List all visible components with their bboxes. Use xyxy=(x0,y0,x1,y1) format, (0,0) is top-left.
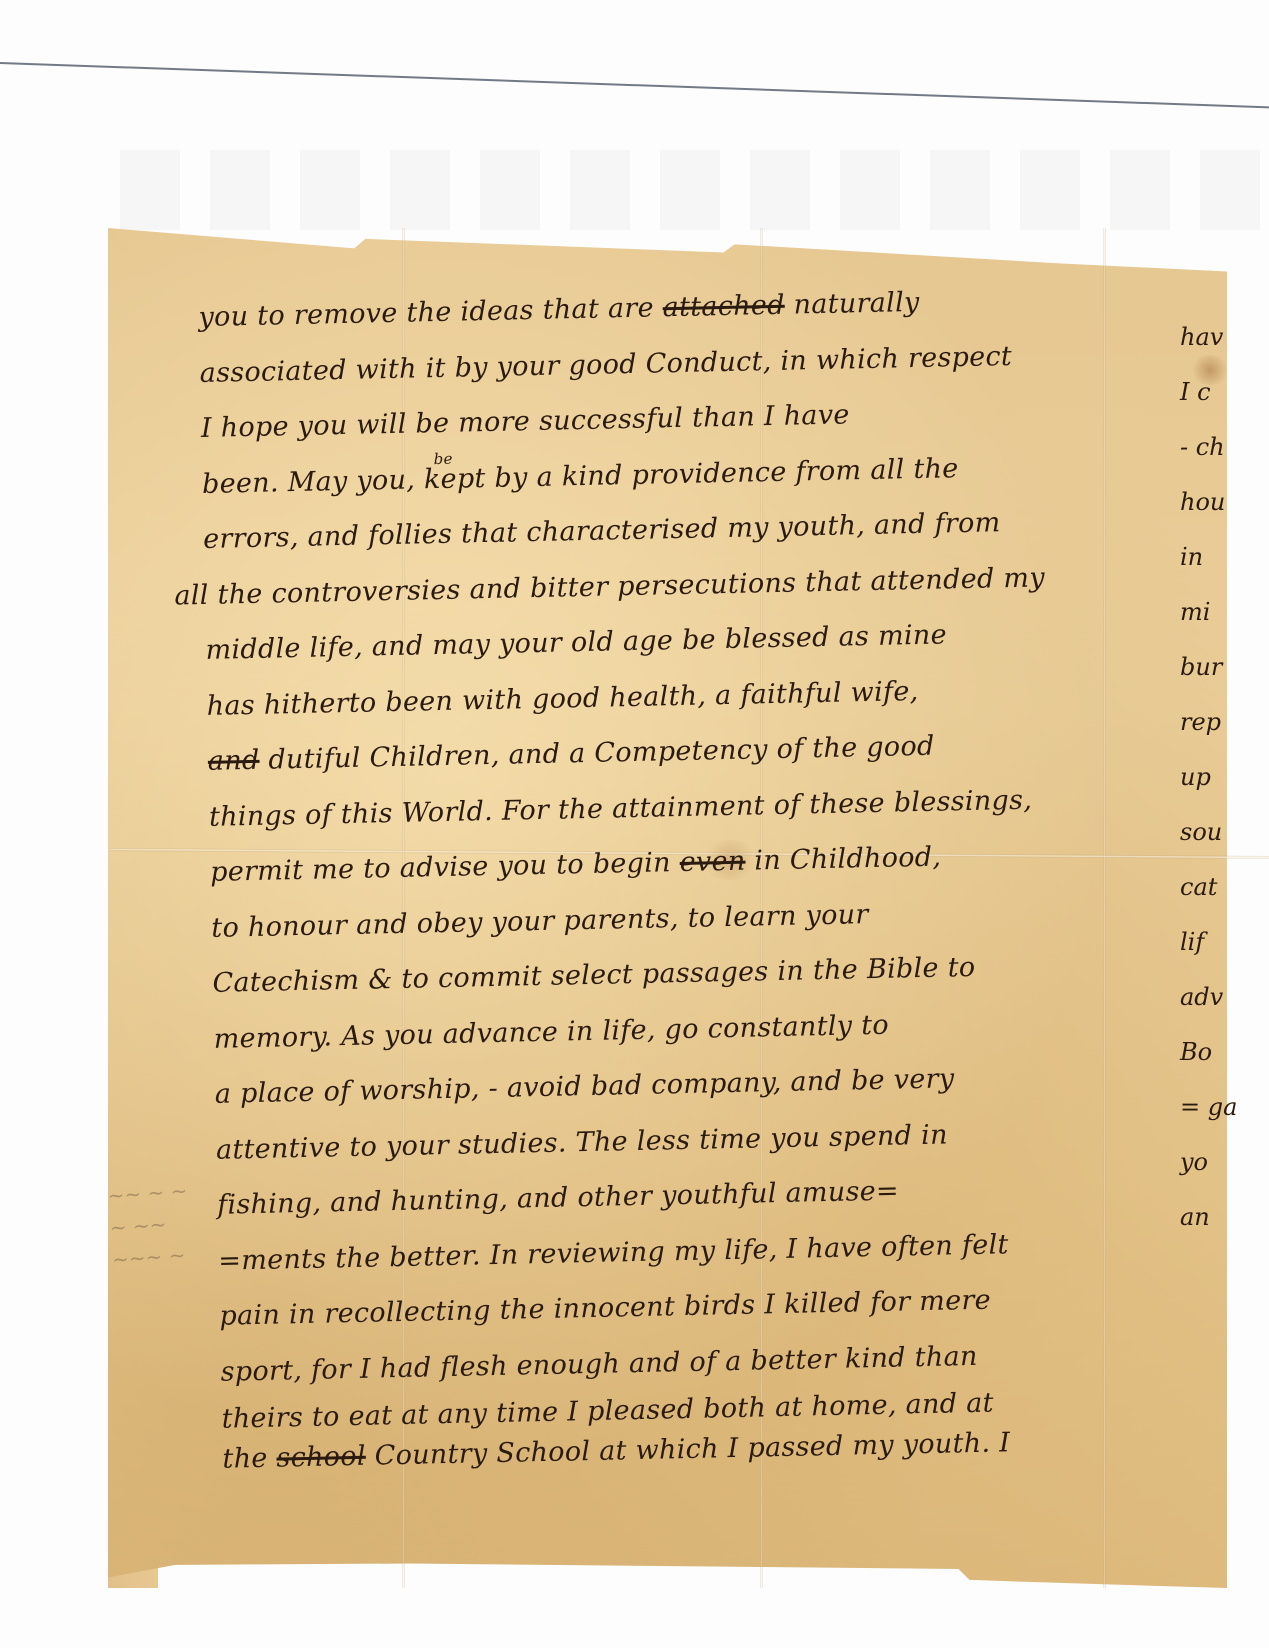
struck-word: and xyxy=(208,745,260,777)
fragment-line: adv xyxy=(1180,970,1260,1025)
fragment-line: yo xyxy=(1180,1135,1260,1190)
fragment-line: lif xyxy=(1180,915,1260,970)
fragment-line: bur xyxy=(1180,640,1260,695)
fragment-line: hav xyxy=(1180,310,1260,365)
fragment-line: Bo xyxy=(1180,1025,1260,1080)
struck-word: school xyxy=(276,1441,366,1474)
fragment-line: up xyxy=(1180,750,1260,805)
fragment-line: an xyxy=(1180,1190,1260,1245)
fragment-line: = ga xyxy=(1180,1080,1260,1135)
scanner-edge-line xyxy=(0,62,1269,109)
fragment-line: - ch xyxy=(1180,420,1260,475)
struck-word: attached xyxy=(662,290,785,324)
letter-body: you to remove the ideas that are attache… xyxy=(198,271,1123,1480)
fragment-line: in xyxy=(1180,530,1260,585)
fragment-line: sou xyxy=(1180,805,1260,860)
fragment-line: rep xyxy=(1180,695,1260,750)
fragment-line: hou xyxy=(1180,475,1260,530)
bleed-through-writing: ~~ ~ ~~ ~~~~~ ~ xyxy=(107,1176,223,1279)
fragment-line: cat xyxy=(1180,860,1260,915)
scanner-bleed-through xyxy=(120,150,1260,230)
right-page-fragments: hav I c - ch hou in mi bur rep up sou ca… xyxy=(1180,310,1260,1245)
fragment-line: I c xyxy=(1180,365,1260,420)
fragment-line: mi xyxy=(1180,585,1260,640)
struck-word: even xyxy=(679,846,745,878)
interlinear-insertion: be xyxy=(433,431,453,487)
